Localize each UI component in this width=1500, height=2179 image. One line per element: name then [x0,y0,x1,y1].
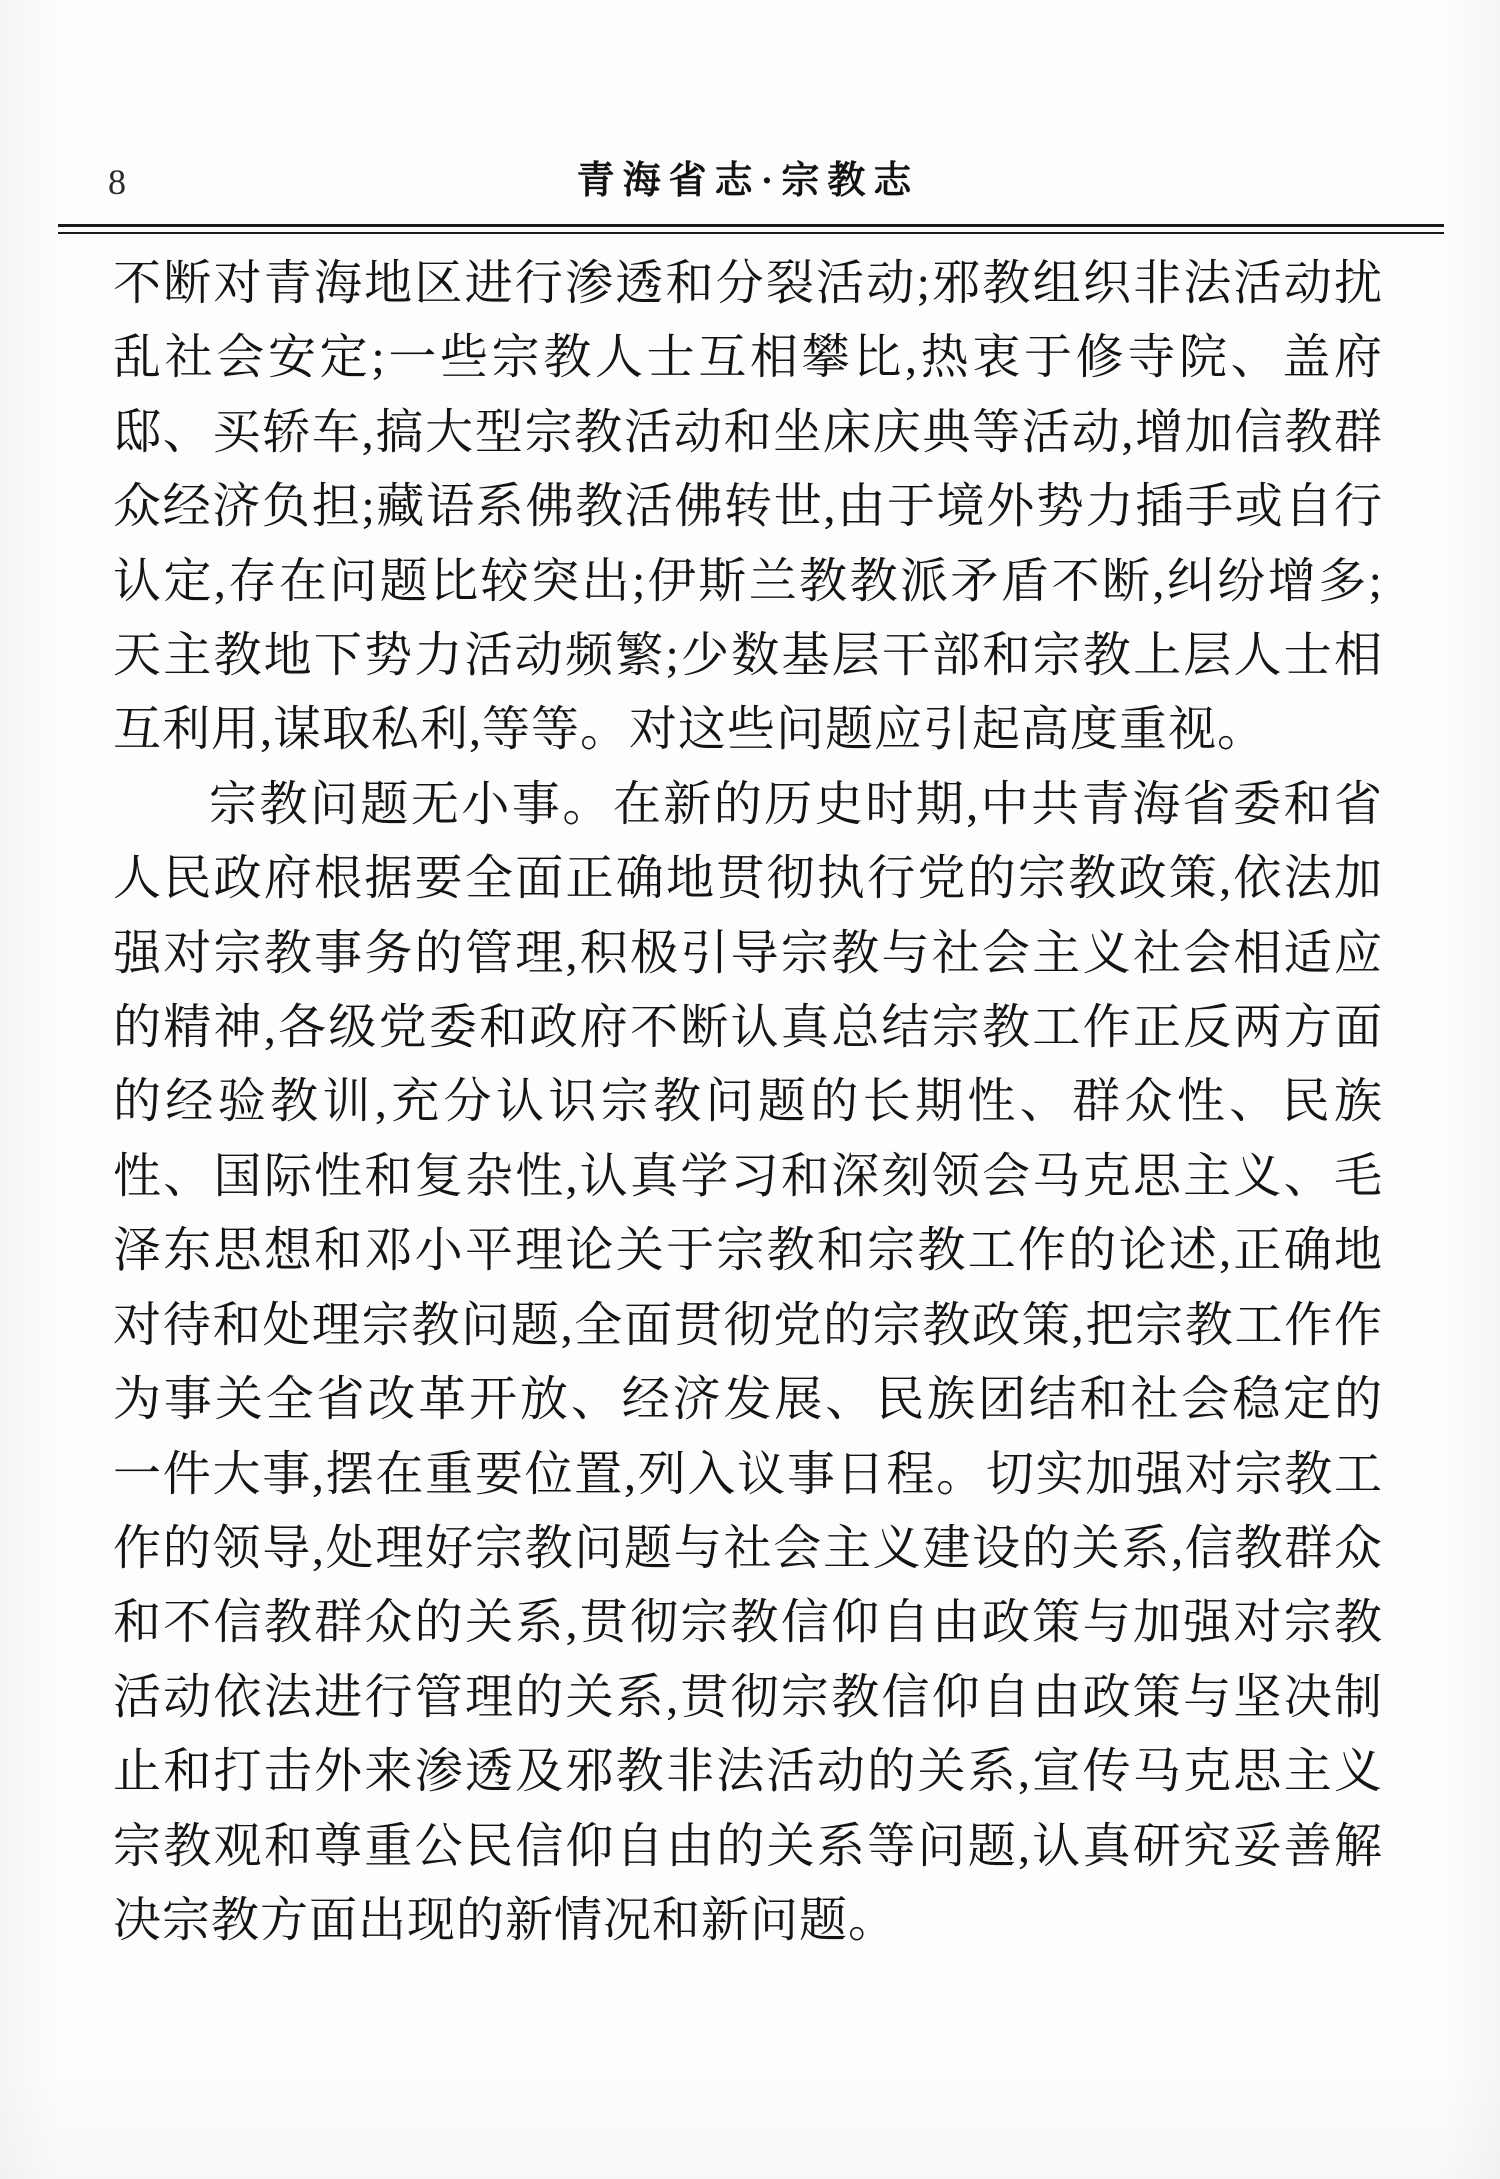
paragraph-continuation: 不断对青海地区进行渗透和分裂活动;邪教组织非法活动扰乱社会安定;一些宗教人士互相… [113,247,1383,768]
scanned-book-page: 8 青海省志·宗教志 不断对青海地区进行渗透和分裂活动;邪教组织非法活动扰乱社会… [0,0,1500,2179]
paragraph-religion-no-small-matter: 宗教问题无小事。在新的历史时期,中共青海省委和省人民政府根据要全面正确地贯彻执行… [113,768,1383,1959]
body-text-block: 不断对青海地区进行渗透和分裂活动;邪教组织非法活动扰乱社会安定;一些宗教人士互相… [113,247,1383,1958]
running-header-title: 青海省志·宗教志 [113,158,1383,204]
header-double-rule [58,224,1444,234]
